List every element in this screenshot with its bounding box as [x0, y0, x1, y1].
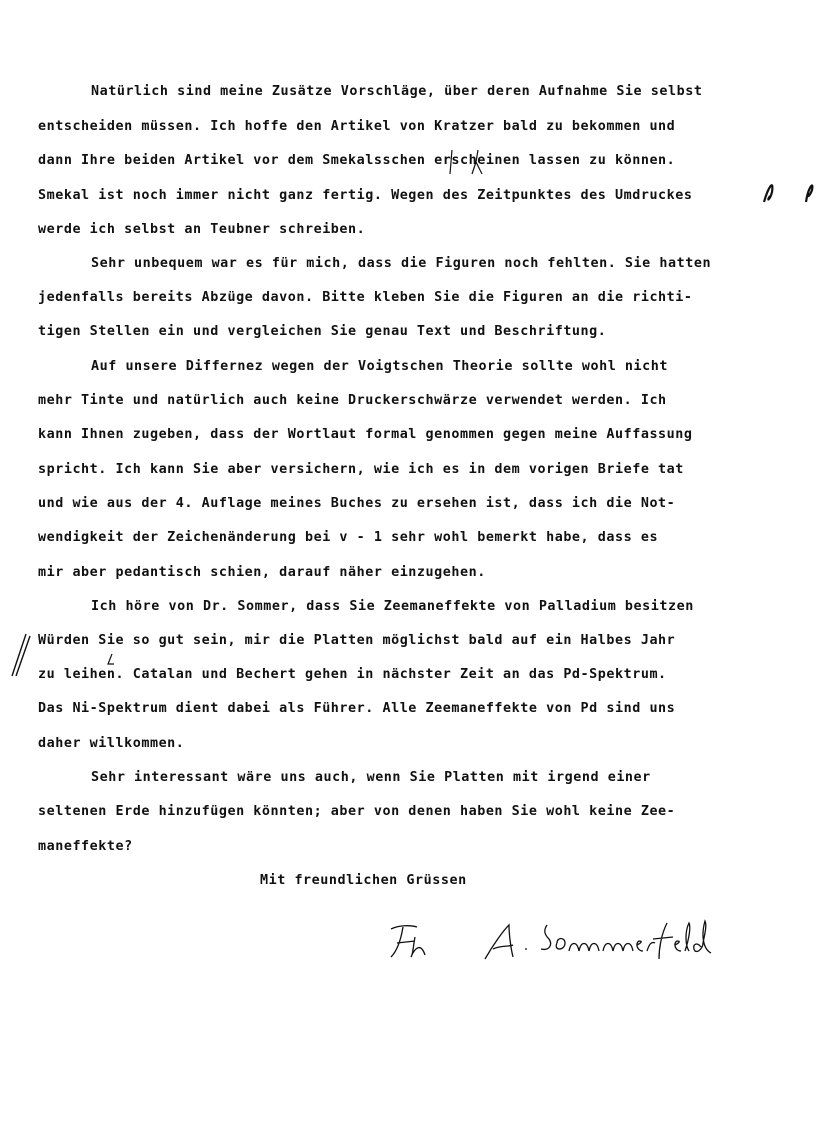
correction-mark-icon — [762, 178, 822, 208]
text-line: und wie aus der 4. Auflage meines Buches… — [38, 495, 675, 513]
insertion-mark-icon — [448, 148, 488, 178]
text-line: maneffekte? — [38, 838, 133, 856]
text-line: mehr Tinte und natürlich auch keine Druc… — [38, 392, 667, 410]
text-line: Natürlich sind meine Zusätze Vorschläge,… — [91, 83, 702, 101]
letter-page: Natürlich sind meine Zusätze Vorschläge,… — [0, 0, 837, 1143]
text-line: entscheiden müssen. Ich hoffe den Artike… — [38, 118, 675, 136]
text-line: Auf unsere Differnez wegen der Voigtsche… — [91, 358, 668, 376]
text-line: Würden Sie so gut sein, mir die Platten … — [38, 632, 675, 650]
text-line: dann Ihre beiden Artikel vor dem Smekals… — [38, 152, 675, 170]
text-line: Smekal ist noch immer nicht ganz fertig.… — [38, 187, 693, 205]
text-line: Ich höre von Dr. Sommer, dass Sie Zeeman… — [91, 598, 694, 616]
text-line: spricht. Ich kann Sie aber versichern, w… — [38, 461, 684, 479]
text-line: tigen Stellen ein und vergleichen Sie ge… — [38, 323, 606, 341]
text-line: Sehr interessant wäre uns auch, wenn Sie… — [91, 769, 651, 787]
text-line: wendigkeit der Zeichenänderung bei v - 1… — [38, 529, 658, 547]
text-line: werde ich selbst an Teubner schreiben. — [38, 221, 365, 239]
closing-salutation: Mit freundlichen Grüssen — [260, 872, 467, 890]
handwritten-signature: Ihr A. Sommerfeld — [385, 915, 765, 965]
text-line: Sehr unbequem war es für mich, dass die … — [91, 255, 711, 273]
text-line: mir aber pedantisch schien, darauf näher… — [38, 564, 486, 582]
text-line: Das Ni-Spektrum dient dabei als Führer. … — [38, 700, 675, 718]
text-line: zu leihen. Catalan und Bechert gehen in … — [38, 666, 667, 684]
text-line: daher willkommen. — [38, 735, 184, 753]
margin-annotation-icon — [8, 630, 32, 680]
text-line: jedenfalls bereits Abzüge davon. Bitte k… — [38, 289, 693, 307]
insertion-mark-icon — [100, 652, 120, 672]
text-line: seltenen Erde hinzufügen könnten; aber v… — [38, 803, 675, 821]
text-line: kann Ihnen zugeben, dass der Wortlaut fo… — [38, 426, 693, 444]
